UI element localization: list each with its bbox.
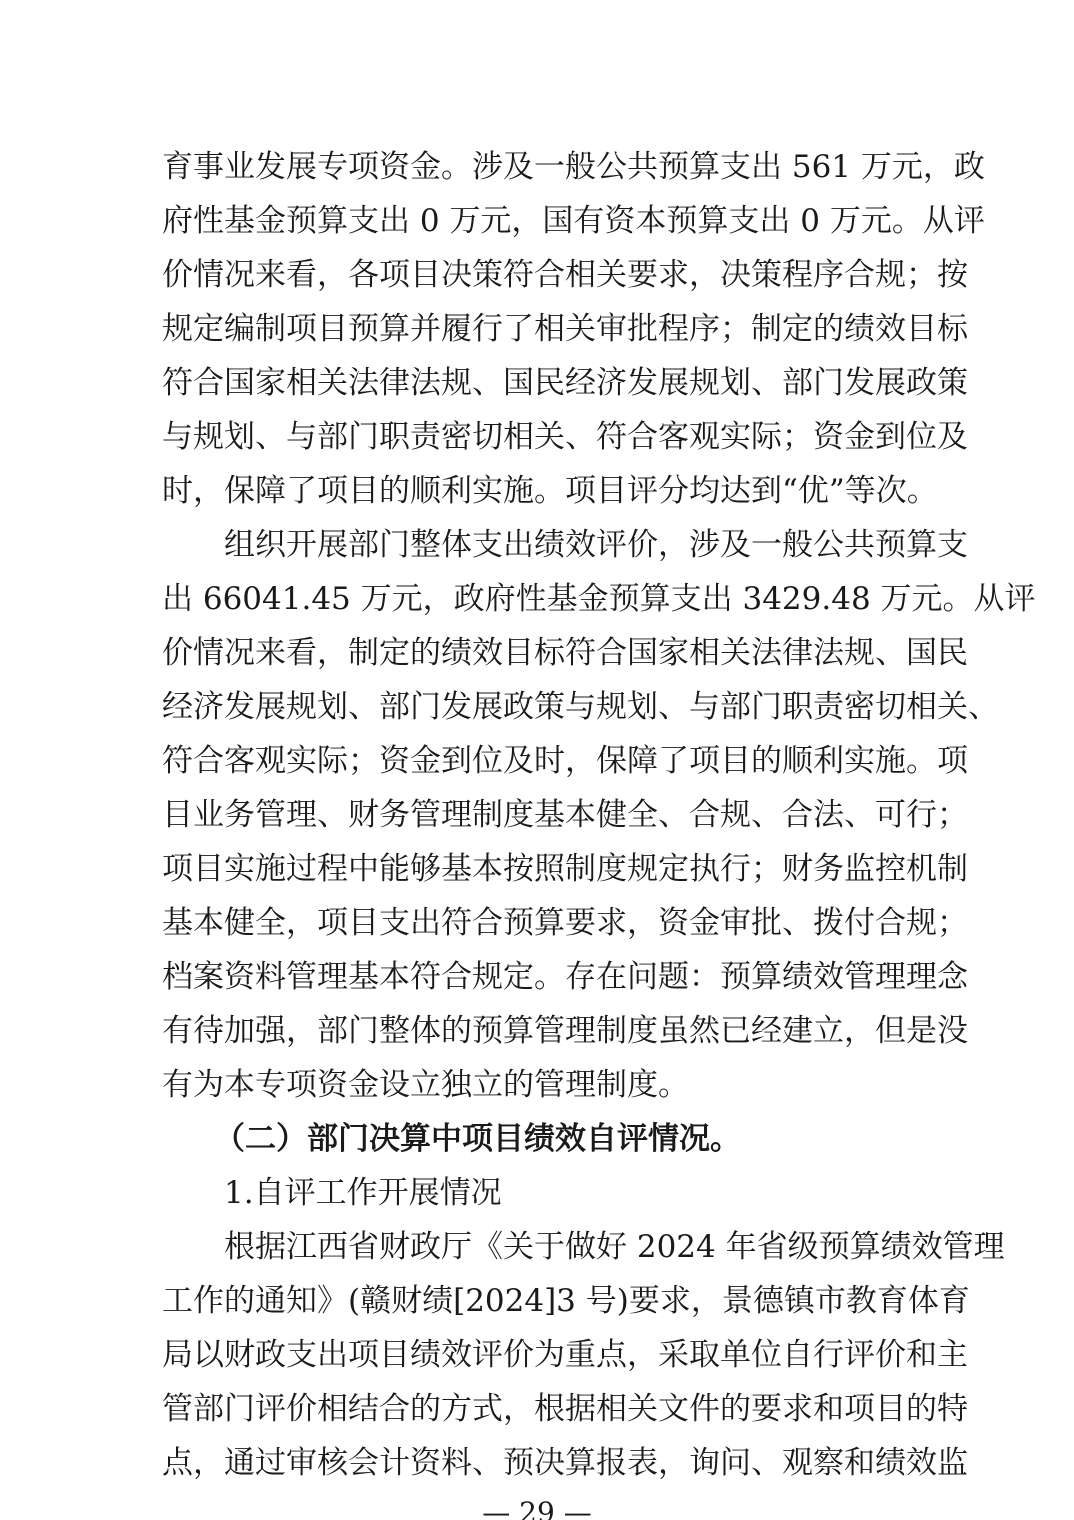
paragraph-3-line-2: 工作的通知》(赣财绩[2024]3 号)要求，景德镇市教育体育 [162,1274,914,1328]
paragraph-2-line-11: 有为本专项资金设立独立的管理制度。 [162,1058,914,1112]
paragraph-1-line-6: 与规划、与部门职责密切相关、符合客观实际；资金到位及 [162,410,914,464]
paragraph-2-line-5: 符合客观实际；资金到位及时，保障了项目的顺利实施。项 [162,734,914,788]
paragraph-2-line-7: 项目实施过程中能够基本按照制度规定执行；财务监控机制 [162,842,914,896]
paragraph-3-line-1: 根据江西省财政厅《关于做好 2024 年省级预算绩效管理 [162,1220,914,1274]
paragraph-2-line-10: 有待加强，部门整体的预算管理制度虽然已经建立，但是没 [162,1004,914,1058]
paragraph-2-line-3: 价情况来看，制定的绩效目标符合国家相关法律法规、国民 [162,626,914,680]
paragraph-2-line-6: 目业务管理、财务管理制度基本健全、合规、合法、可行； [162,788,914,842]
page-number: — 29 — [0,1498,1074,1520]
paragraph-3-line-3: 局以财政支出项目绩效评价为重点，采取单位自行评价和主 [162,1328,914,1382]
paragraph-1-line-5: 符合国家相关法律法规、国民经济发展规划、部门发展政策 [162,356,914,410]
paragraph-1-line-4: 规定编制项目预算并履行了相关审批程序；制定的绩效目标 [162,302,914,356]
paragraph-1-line-1: 育事业发展专项资金。涉及一般公共预算支出 561 万元，政 [162,140,914,194]
paragraph-2-line-8: 基本健全，项目支出符合预算要求，资金审批、拨付合规； [162,896,914,950]
paragraph-2-line-2: 出 66041.45 万元，政府性基金预算支出 3429.48 万元。从评 [162,572,914,626]
paragraph-1-line-2: 府性基金预算支出 0 万元，国有资本预算支出 0 万元。从评 [162,194,914,248]
paragraph-1-line-3: 价情况来看，各项目决策符合相关要求，决策程序合规；按 [162,248,914,302]
paragraph-3-line-4: 管部门评价相结合的方式，根据相关文件的要求和项目的特 [162,1382,914,1436]
section-heading: （二）部门决算中项目绩效自评情况。 [162,1112,914,1166]
paragraph-1-line-7: 时，保障了项目的顺利实施。项目评分均达到“优”等次。 [162,464,914,518]
paragraph-2-line-1: 组织开展部门整体支出绩效评价，涉及一般公共预算支 [162,518,914,572]
paragraph-2-line-4: 经济发展规划、部门发展政策与规划、与部门职责密切相关、 [162,680,914,734]
paragraph-3-line-5: 点，通过审核会计资料、预决算报表，询问、观察和绩效监 [162,1436,914,1490]
paragraph-2-line-9: 档案资料管理基本符合规定。存在问题：预算绩效管理理念 [162,950,914,1004]
subsection-heading: 1.自评工作开展情况 [162,1166,914,1220]
